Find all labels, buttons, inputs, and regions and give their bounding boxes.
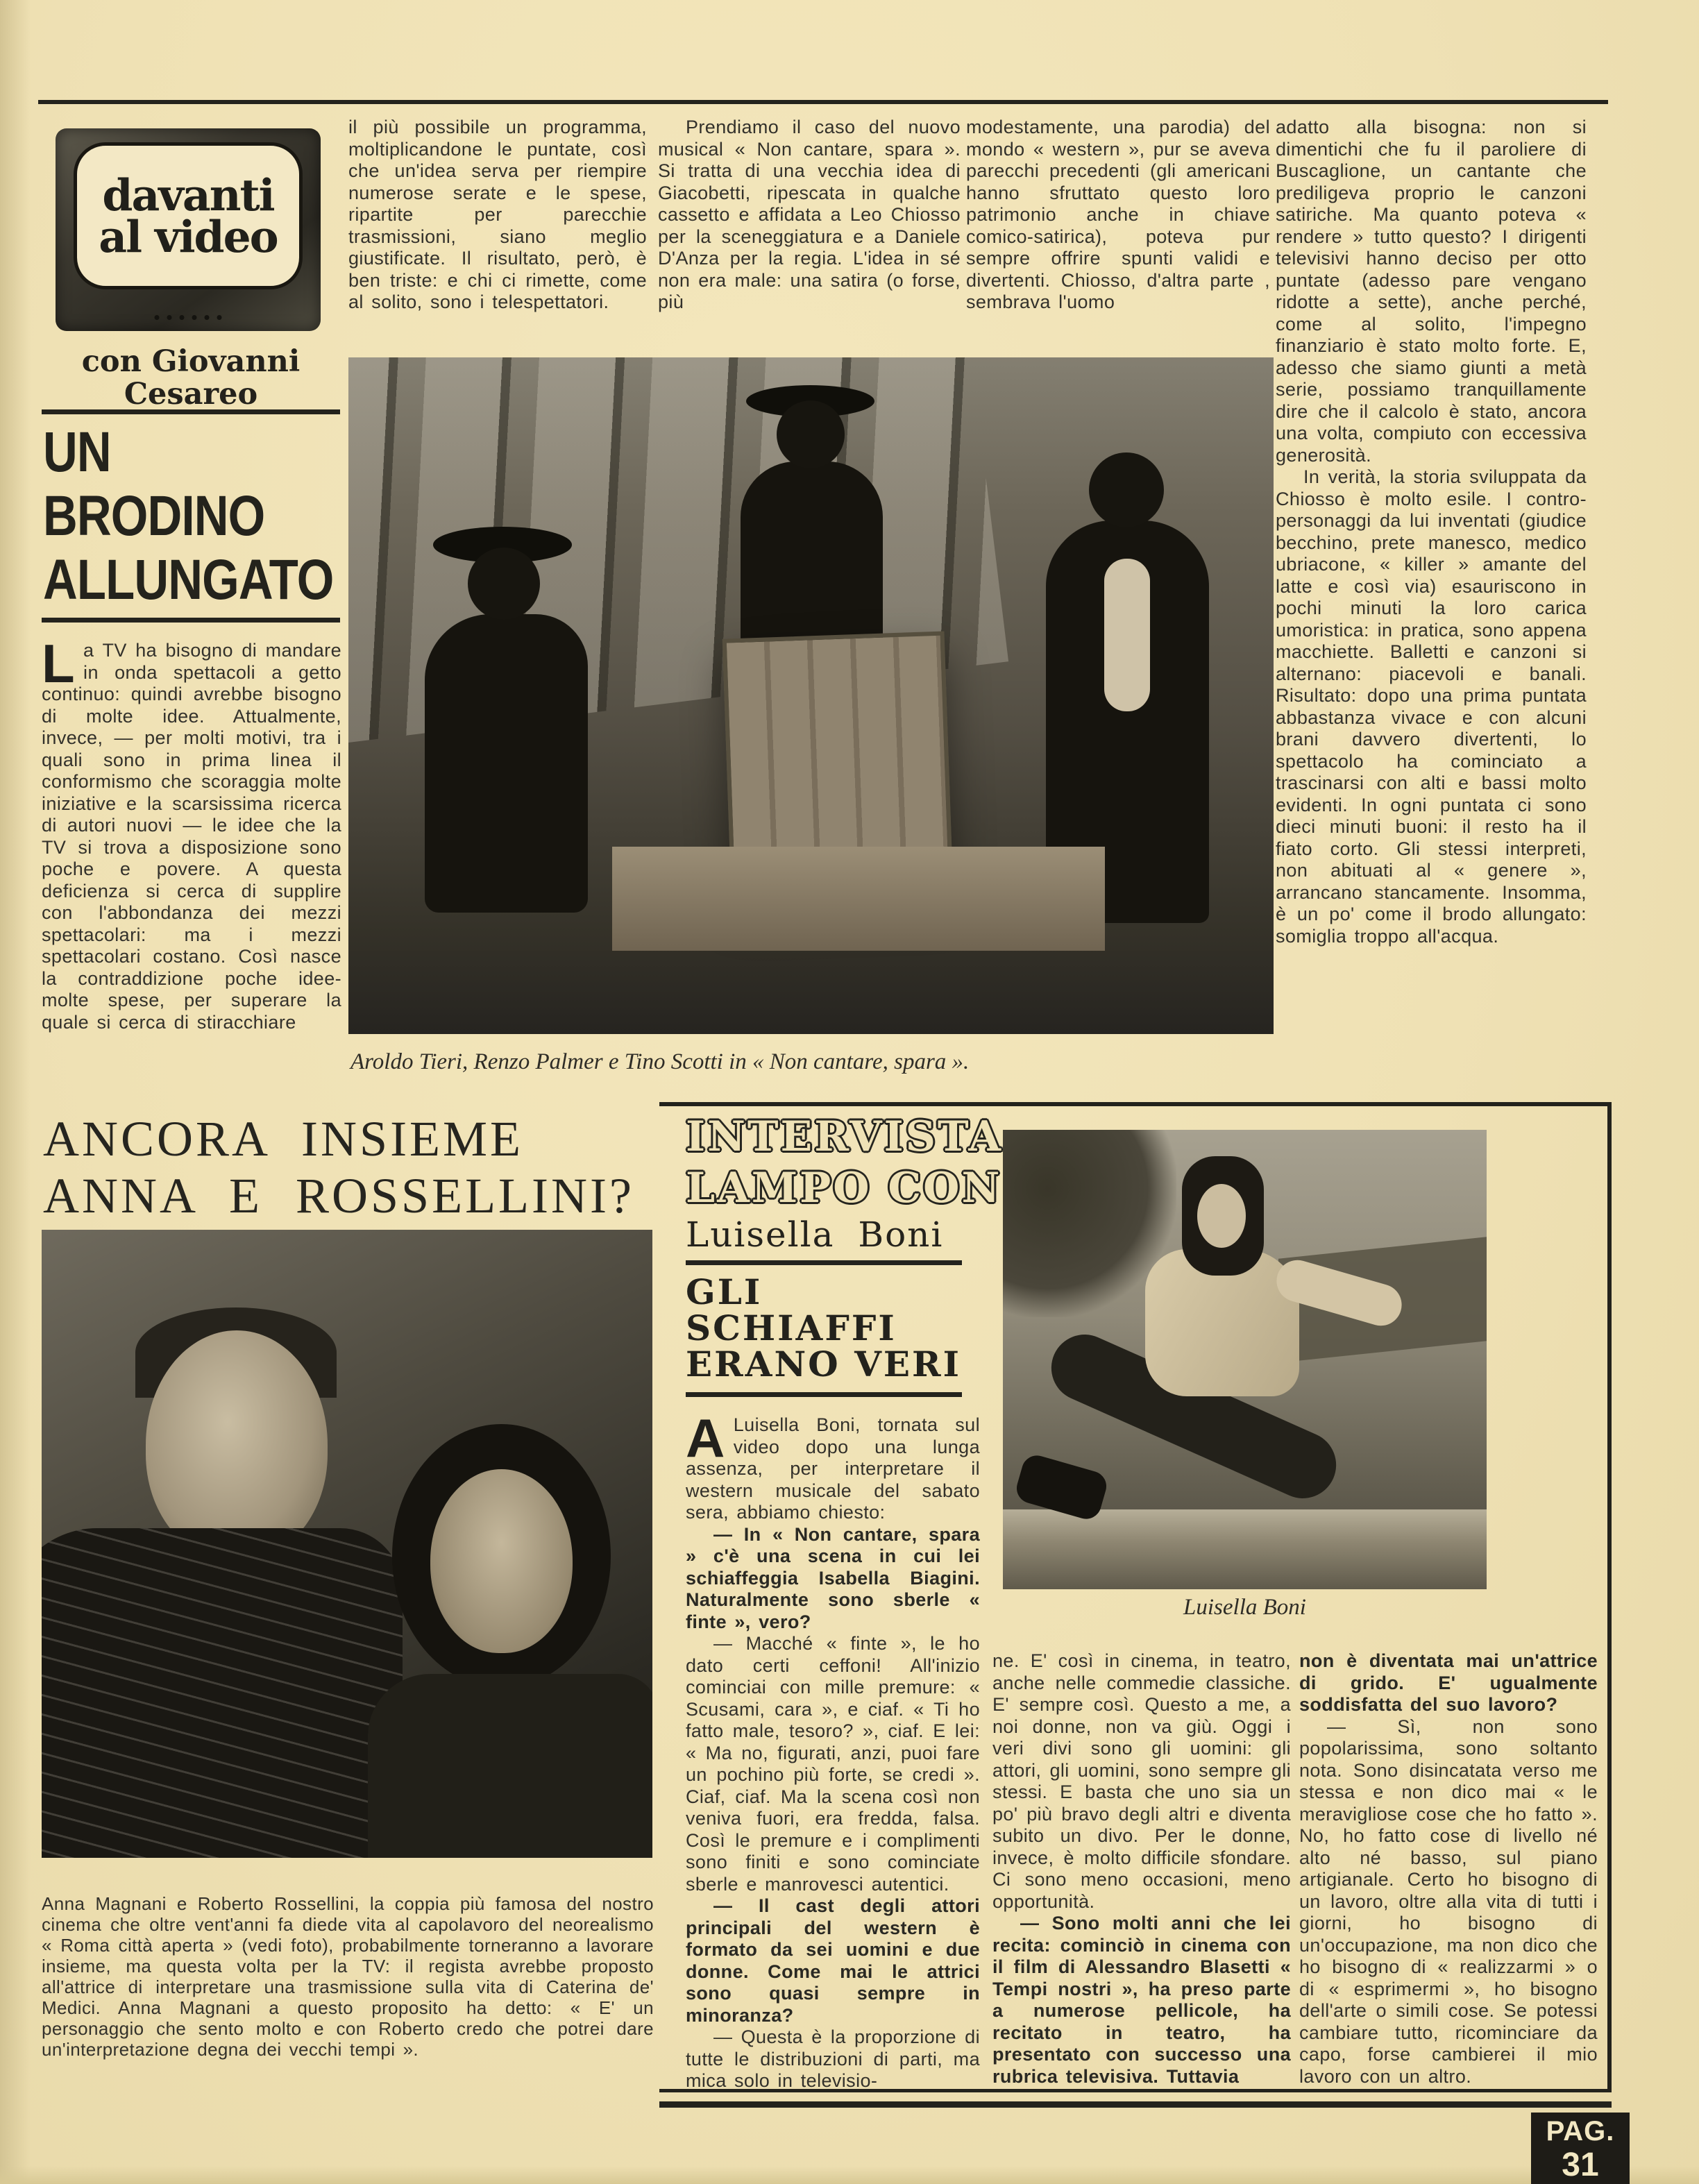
tv-logo-text-line1: davanti (102, 174, 273, 216)
tv-logo-text-line2: al video (99, 216, 277, 257)
article1-col5-paragraph2: In verità, la storia sviluppata da Chios… (1276, 466, 1587, 947)
column-byline: con Giovanni Cesareo (42, 346, 340, 411)
article1-title: UN BRODINO ALLUNGATO (43, 421, 389, 612)
photo-non-cantare-spara (348, 357, 1274, 1034)
tv-logo-screen: davanti al video (74, 142, 303, 289)
interview-column-b: ne. E' così in cinema, in teatro, anche … (992, 1650, 1291, 2082)
interview-kicker-line1: INTERVISTA (686, 1115, 1003, 1159)
headline1-bottom-rule (42, 618, 340, 623)
article1-column4: modestamente, una parodia) del mondo « w… (966, 117, 1270, 361)
photo3-caption: Luisella Boni (1003, 1595, 1487, 1620)
dropcap-letter: A (686, 1414, 734, 1458)
interview-column-c: non è diventata mai un'attrice di grido.… (1299, 1650, 1598, 2082)
interview-title-bottom-rule (686, 1392, 962, 1397)
boni-face (1197, 1184, 1246, 1248)
interview-answer2-continued: ne. E' così in cinema, in teatro, anche … (992, 1650, 1291, 1913)
interview-question2: — Il cast degli attori principali del we… (686, 1895, 980, 2026)
article1-column3: Prendiamo il caso del nuovo musical « No… (658, 117, 961, 361)
interview-answer1: — Macché « finte », le ho dato certi cef… (686, 1633, 980, 1895)
article1-col1-text: a TV ha bisogno di mandare in onda spett… (42, 640, 341, 1033)
interview-title-line3: ERANO VERI (686, 1346, 961, 1382)
article2-title: ANCORA INSIEME ANNA E ROSSELLINI? (43, 1110, 634, 1224)
article1-column5: adatto alla bisogna: non si dimentichi c… (1276, 117, 1587, 1085)
interview-question3-end: non è diventata mai un'attrice di grido.… (1299, 1650, 1598, 1716)
article1-title-line1: UN (43, 421, 333, 484)
article1-column2: il più possibile un programma, moltiplic… (348, 117, 647, 361)
interview-outer-bottom-rule (659, 2101, 1612, 2108)
interview-title-line1: GLI (686, 1274, 961, 1310)
tv-logo: davanti al video (56, 128, 321, 331)
article1-column1: La TV ha bisogno di mandare in onda spet… (42, 640, 341, 1087)
article2-title-line2: ANNA E ROSSELLINI? (43, 1167, 634, 1224)
interview-question3-start: — Sono molti anni che lei recita: cominc… (992, 1913, 1291, 2088)
interview-question1: — In « Non cantare, spara » c'è una scen… (686, 1524, 980, 1634)
byline-line1: con Giovanni (42, 346, 340, 378)
page-number-label: PAG. (1531, 2115, 1630, 2147)
magazine-page: { "page": { "paper_color": "#efe1b5", "i… (0, 0, 1699, 2184)
page-number-value: 31 (1531, 2147, 1630, 2183)
interview-title-line2: SCHIAFFI (686, 1310, 961, 1346)
interview-answer2-start: — Questa è la proporzione di tutte le di… (686, 2026, 980, 2092)
top-divider (38, 100, 1608, 104)
article1-col3-text: Prendiamo il caso del nuovo musical « No… (658, 117, 961, 314)
actor-silhouette-left (425, 614, 588, 913)
ledge (1003, 1509, 1487, 1589)
photo-luisella-boni (1003, 1130, 1487, 1589)
interview-title: GLI SCHIAFFI ERANO VERI (686, 1274, 961, 1382)
article1-title-line3: ALLUNGATO (43, 548, 333, 612)
interview-answer3: — Sì, non sono popolarissima, sono solta… (1299, 1716, 1598, 2088)
article2-title-line1: ANCORA INSIEME (43, 1110, 634, 1167)
article1-paragraph: La TV ha bisogno di mandare in onda spet… (42, 640, 341, 1033)
magnani-body (368, 1674, 652, 1858)
photo-magnani-rossellini (42, 1230, 652, 1858)
page-number-badge: PAG. 31 (1531, 2113, 1630, 2184)
article1-col4-text: modestamente, una parodia) del mondo « w… (966, 117, 1270, 314)
article2-body-text: Anna Magnani e Roberto Rossellini, la co… (42, 1893, 654, 2060)
wooden-table (612, 847, 1105, 951)
headline1-top-rule (42, 409, 340, 414)
rossellini-face (146, 1330, 328, 1559)
interview-intro: ALuisella Boni, tornata sul video dopo u… (686, 1414, 980, 1524)
interview-kicker-line2: LAMPO CON (686, 1166, 1001, 1210)
tv-logo-dots (155, 315, 222, 320)
interview-subject-name: Luisella Boni (686, 1214, 943, 1255)
magnani-face (430, 1469, 573, 1653)
article1-col5-paragraph1: adatto alla bisogna: non si dimentichi c… (1276, 117, 1587, 466)
photo1-caption: Aroldo Tieri, Renzo Palmer e Tino Scotti… (350, 1049, 1274, 1075)
byline-line2: Cesareo (42, 378, 340, 411)
dropcap-letter: L (42, 640, 83, 684)
article1-col2-text: il più possibile un programma, moltiplic… (348, 117, 647, 314)
interview-column-a: ALuisella Boni, tornata sul video dopo u… (686, 1414, 980, 2089)
article2-body: Anna Magnani e Roberto Rossellini, la co… (42, 1893, 654, 2094)
interview-title-top-rule (686, 1260, 962, 1265)
article1-title-line2: BRODINO (43, 484, 333, 548)
rossellini-suit (42, 1528, 403, 1858)
